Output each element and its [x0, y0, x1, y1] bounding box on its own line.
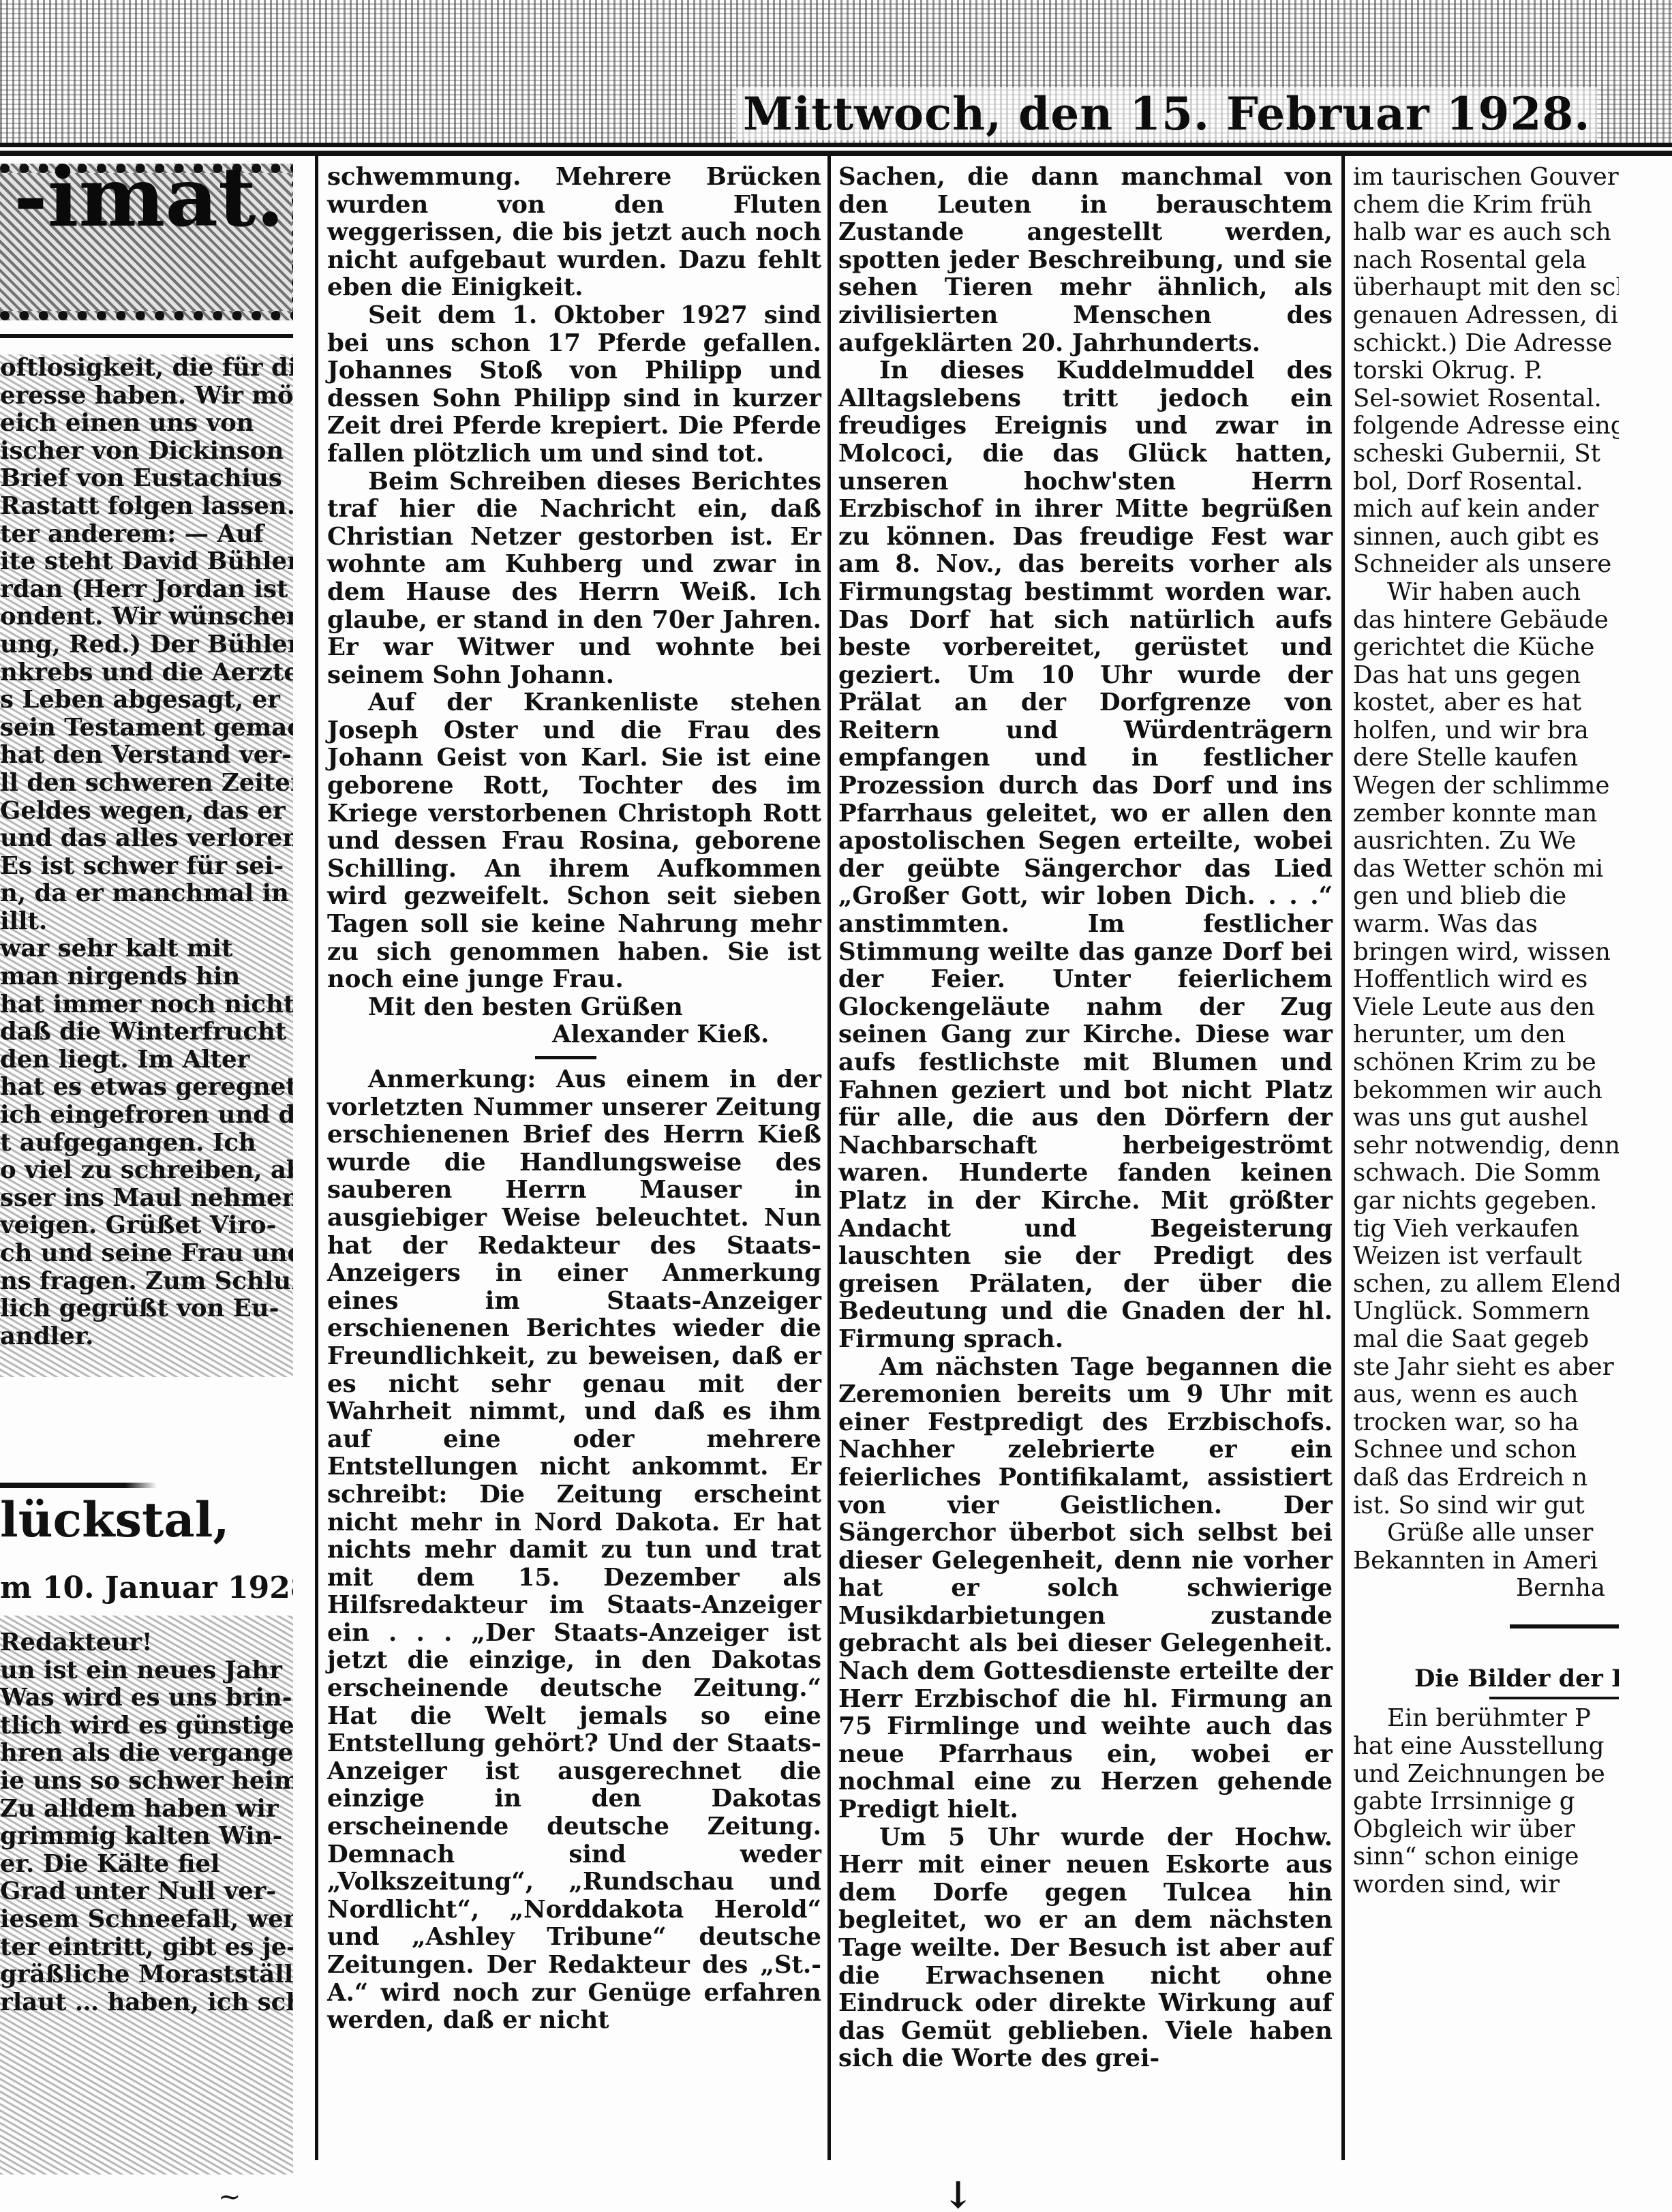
column-1-letter-b: Redakteur! un ist ein neues Jahr Was wir…: [0, 1629, 293, 2016]
text-line: andler.: [0, 1323, 293, 1351]
text-line: ch und seine Frau und: [0, 1240, 293, 1268]
column-2: schwemmung. Mehrere Brücken wurden von d…: [327, 164, 821, 2035]
text-line: den liegt. Im Alter: [0, 1046, 293, 1074]
text-line: ter eintritt, gibt es je-: [0, 1934, 293, 1962]
end-arrow-rule: [1510, 1624, 1619, 1628]
text-line: worden sind, wir: [1353, 1871, 1619, 1899]
text-line: rdan (Herr Jordan ist: [0, 576, 293, 604]
text-line: was uns gut aushel: [1353, 1104, 1619, 1132]
signature-rule: [535, 1056, 596, 1059]
text-line: ter anderem: — Auf: [0, 521, 293, 549]
text-line: sser ins Maul nehmen: [0, 1185, 293, 1213]
text-line: bekommen wir auch: [1353, 1077, 1619, 1105]
column-3: Sachen, die dann manchmal von den Leuten…: [838, 164, 1333, 2073]
text-line: überhaupt mit den sch: [1353, 274, 1619, 302]
heimat-banner-title: -imat.: [14, 184, 284, 212]
text-line: Grüße alle unser: [1353, 1519, 1619, 1547]
text-line: Hoffentlich wird es: [1353, 966, 1619, 994]
dateline: Mittwoch, den 15. Februar 1928.: [736, 87, 1597, 140]
text-line: sein Testament gemacht,: [0, 714, 293, 742]
text-line: sinnen, auch gibt es: [1353, 524, 1619, 551]
text-line: s Leben abgesagt, er: [0, 686, 293, 714]
text-line: tlich wird es günstiger: [0, 1712, 293, 1740]
end-of-article-marker: [1353, 1603, 1619, 1650]
text-line: gen und blieb die: [1353, 883, 1619, 911]
text-line: Bekannten in Ameri: [1353, 1547, 1619, 1575]
text-line: ste Jahr sieht es aber: [1353, 1354, 1619, 1382]
text-line: warm. Was das: [1353, 911, 1619, 939]
paragraph: Beim Schreiben dieses Berichtes traf hie…: [327, 468, 821, 690]
column-1: -imat. oftlosigkeit, die für die eresse …: [0, 164, 293, 2181]
text-line: eresse haben. Wir möch-: [0, 382, 293, 410]
text-line: holfen, und wir bra: [1353, 717, 1619, 745]
text-line: Grad unter Null ver-: [0, 1878, 293, 1906]
text-line: iesem Schneefall, wenn: [0, 1906, 293, 1934]
paragraph: Auf der Krankenliste stehen Joseph Oster…: [327, 689, 821, 994]
text-line: Wegen der schlimme: [1353, 772, 1619, 800]
paragraph: In dieses Kuddelmuddel des Alltagslebens…: [838, 357, 1333, 1353]
paragraph: schwemmung. Mehrere Brücken wurden von d…: [327, 164, 821, 302]
paragraph: Um 5 Uhr wurde der Hochw. Herr mit einer…: [838, 1824, 1333, 2073]
text-line: Ein berühmter P: [1353, 1705, 1619, 1733]
text-line: herunter, um den: [1353, 1021, 1619, 1049]
column-divider-2: [827, 156, 831, 2160]
text-line: ausrichten. Zu We: [1353, 828, 1619, 855]
text-line: ich eingefroren und die: [0, 1102, 293, 1130]
text-line: lich gegrüßt von Eu-: [0, 1295, 293, 1323]
text-line: eich einen uns von: [0, 410, 293, 438]
text-line: scheski Gubernii, St: [1353, 440, 1619, 468]
banner-underline: [0, 334, 293, 338]
text-line: Rastatt folgen lassen.: [0, 493, 293, 521]
text-line: gabte Irrsinnige g: [1353, 1788, 1619, 1816]
text-line: ist. So sind wir gut: [1353, 1492, 1619, 1520]
text-line: Viele Leute aus den: [1353, 994, 1619, 1022]
text-line: schickt.) Die Adresse: [1353, 330, 1619, 358]
paragraph: Sachen, die dann manchmal von den Leuten…: [838, 164, 1333, 357]
editor-note: Anmerkung: Aus einem in der vorletzten N…: [327, 1066, 821, 2035]
down-arrow-icon: ↓: [943, 2181, 973, 2209]
article-heading-bilder: Die Bilder der P: [1414, 1665, 1619, 1693]
text-line: ondent. Wir wünschen: [0, 603, 293, 631]
letter-signature: Alexander Kieß.: [327, 1021, 821, 1049]
paragraph: Am nächsten Tage begannen die Zeremonien…: [838, 1354, 1333, 1824]
column-4: im taurischen Gouver chem die Krim früh …: [1353, 164, 1619, 1899]
text-line: sinn“ schon einige: [1353, 1843, 1619, 1871]
text-line: ll den schweren Zeiten,: [0, 770, 293, 798]
text-line: gerichtet die Küche: [1353, 634, 1619, 662]
text-line: ite steht David Bühler: [0, 548, 293, 576]
text-line: daß das Erdreich n: [1353, 1464, 1619, 1492]
pen-scribble-mark: ~: [218, 2181, 241, 2212]
text-line: folgende Adresse eing: [1353, 412, 1619, 440]
newspaper-page: Mittwoch, den 15. Februar 1928. -imat. o…: [0, 0, 1672, 2212]
text-line: ns fragen. Zum Schluß-: [0, 1268, 293, 1296]
text-line: kostet, aber es hat: [1353, 689, 1619, 717]
column-divider-3: [1341, 156, 1345, 2160]
text-line: veigen. Grüßet Viro-: [0, 1212, 293, 1240]
text-line: schwach. Die Somm: [1353, 1160, 1619, 1187]
text-line: genauen Adressen, di: [1353, 302, 1619, 330]
text-line: daß die Winterfrucht: [0, 1018, 293, 1046]
text-line: Zu alldem haben wir: [0, 1796, 293, 1823]
text-line: Unglück. Sommern: [1353, 1298, 1619, 1326]
text-line: Obgleich wir über: [1353, 1816, 1619, 1844]
text-line: nach Rosental gela: [1353, 247, 1619, 275]
text-line: aus, wenn es auch: [1353, 1381, 1619, 1409]
paragraph: Seit dem 1. Oktober 1927 sind bei uns sc…: [327, 302, 821, 468]
text-line: ischer von Dickinson zu-: [0, 438, 293, 466]
text-line: Sel-sowiet Rosental.: [1353, 385, 1619, 413]
text-line: Geldes wegen, das er: [0, 798, 293, 825]
text-line: chem die Krim früh: [1353, 192, 1619, 219]
text-line: Wir haben auch: [1353, 579, 1619, 607]
text-line: hat es etwas geregnet,: [0, 1074, 293, 1102]
text-line: das hintere Gebäude: [1353, 607, 1619, 635]
text-line: schen, zu allem Elend: [1353, 1271, 1619, 1299]
text-line: ung, Red.) Der Bühler: [0, 631, 293, 659]
text-line: Weizen ist verfault: [1353, 1243, 1619, 1271]
text-line: er. Die Kälte fiel: [0, 1851, 293, 1879]
text-line: im taurischen Gouver: [1353, 164, 1619, 192]
text-line: hren als die vergange-: [0, 1740, 293, 1768]
text-line: t aufgegangen. Ich: [0, 1130, 293, 1157]
text-line: war sehr kalt mit: [0, 935, 293, 963]
article-divider: [0, 1483, 157, 1488]
text-line: Redakteur!: [0, 1629, 293, 1657]
text-line: man nirgends hin: [0, 963, 293, 991]
text-line: rlaut … haben, ich schon: [0, 1989, 293, 2017]
article-heading-glueckstal: lückstal,: [0, 1506, 230, 1534]
text-line: o viel zu schreiben, aber: [0, 1157, 293, 1185]
letter-signature: Bernha: [1353, 1575, 1619, 1603]
heading-underline: [1489, 1697, 1619, 1699]
text-line: gar nichts gegeben.: [1353, 1187, 1619, 1215]
text-line: tig Vieh verkaufen: [1353, 1215, 1619, 1243]
text-line: das Wetter schön mi: [1353, 855, 1619, 883]
text-line: ie uns so schwer heim-: [0, 1768, 293, 1796]
article-dateline: m 10. Januar 1928.: [0, 1575, 293, 1603]
text-line: trocken war, so ha: [1353, 1409, 1619, 1437]
text-line: grimmig kalten Win-: [0, 1823, 293, 1851]
column-1-letter-a: oftlosigkeit, die für die eresse haben. …: [0, 354, 293, 1350]
text-line: illt.: [0, 908, 293, 936]
text-line: hat immer noch nicht: [0, 991, 293, 1019]
text-line: schönen Krim zu be: [1353, 1049, 1619, 1077]
text-line: hat den Verstand ver-: [0, 742, 293, 770]
text-line: n, da er manchmal in: [0, 880, 293, 908]
text-line: und Zeichnungen be: [1353, 1761, 1619, 1789]
text-line: dere Stelle kaufen: [1353, 744, 1619, 772]
header-rule-thin: [0, 143, 1672, 147]
text-line: halb war es auch sch: [1353, 219, 1619, 247]
text-line: mich auf kein ander: [1353, 496, 1619, 524]
text-line: bringen wird, wissen: [1353, 939, 1619, 967]
column-divider-1: [315, 156, 318, 2160]
text-line: zember konnte man: [1353, 800, 1619, 828]
text-line: sehr notwendig, denn: [1353, 1132, 1619, 1160]
text-line: oftlosigkeit, die für die: [0, 354, 293, 382]
text-line: gräßliche Morastställe: [0, 1961, 293, 1989]
text-line: und das alles verloren.: [0, 825, 293, 853]
text-line: un ist ein neues Jahr: [0, 1657, 293, 1685]
text-line: Schneider als unsere: [1353, 551, 1619, 579]
text-line: Brief von Eustachius: [0, 465, 293, 493]
text-line: Was wird es uns brin-: [0, 1684, 293, 1712]
text-line: bol, Dorf Rosental.: [1353, 468, 1619, 496]
text-line: Es ist schwer für sei-: [0, 853, 293, 881]
text-line: hat eine Ausstellung: [1353, 1733, 1619, 1761]
closing-greeting: Mit den besten Grüßen: [327, 994, 821, 1022]
text-line: nkrebs und die Aerzte: [0, 659, 293, 687]
text-line: Schnee und schon: [1353, 1436, 1619, 1464]
text-line: torski Okrug. P.: [1353, 357, 1619, 385]
text-line: mal die Saat gegeb: [1353, 1326, 1619, 1354]
header-rule-thick: [0, 151, 1672, 156]
text-line: Das hat uns gegen: [1353, 662, 1619, 690]
